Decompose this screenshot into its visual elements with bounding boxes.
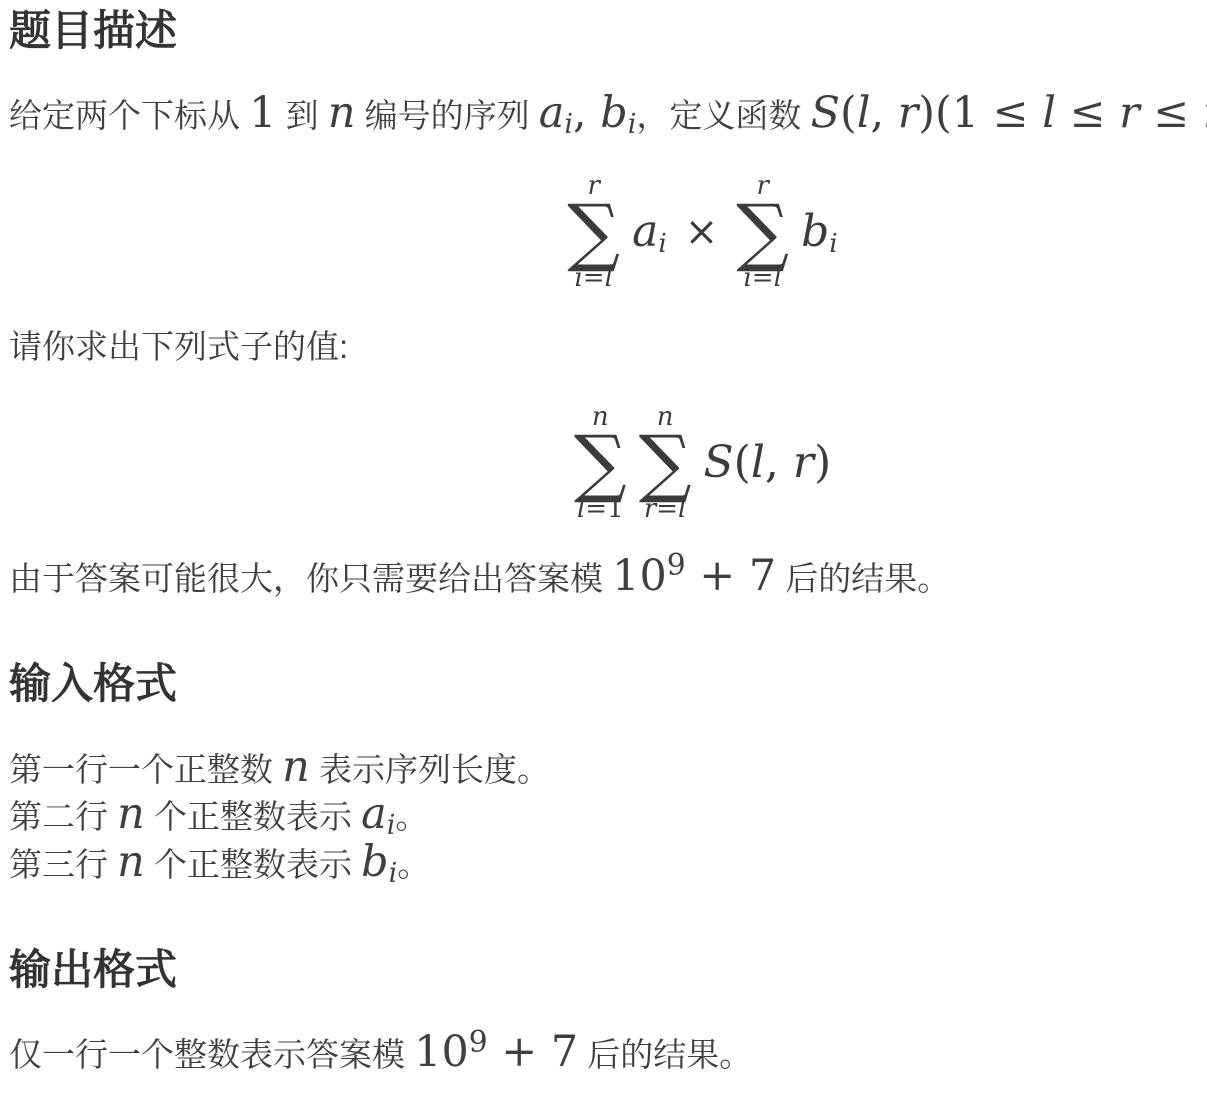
formula-total-sum: n ∑ l=1 n ∑ r=l S(l, r)	[9, 403, 1207, 523]
text-run: r	[644, 494, 656, 524]
times-operator: ×	[685, 212, 719, 252]
text-run: =	[656, 494, 678, 524]
input-line-2: 第二行 n 个正整数表示 ai。	[9, 793, 1207, 841]
text-run: b	[600, 88, 627, 138]
text-run: 个正整数表示	[145, 846, 361, 883]
text-run: 第一行一个正整数	[9, 751, 282, 788]
text-run: 9	[469, 1025, 488, 1060]
input-line-3: 第三行 n 个正整数表示 bi。	[9, 841, 1207, 889]
text-run: i	[658, 228, 666, 259]
text-run: n	[1203, 88, 1207, 138]
text-run: ,	[765, 437, 793, 488]
text-run: r	[793, 437, 814, 488]
text-run: a	[361, 789, 387, 839]
text-run: l	[1042, 88, 1056, 138]
section-heading-output: 输出格式	[9, 945, 1207, 995]
term-a-i: ai	[632, 210, 667, 254]
text-run: a	[632, 206, 658, 257]
text-run: i	[628, 109, 637, 140]
sigma-symbol: ∑	[574, 432, 627, 495]
text-run: )	[814, 437, 831, 488]
sum-lower-limit: l=1	[577, 495, 624, 524]
text-run: 给定两个下标从	[9, 97, 249, 134]
paragraph-input-format: 第一行一个正整数 n 表示序列长度。 第二行 n 个正整数表示 ai。 第三行 …	[9, 746, 1207, 890]
formula-s-definition: r ∑ i=l ai × r ∑ i=l bi	[9, 172, 1207, 292]
sigma-symbol: ∑	[639, 432, 692, 495]
paragraph-definition: 给定两个下标从 1 到 n 编号的序列 ai, bi，定义函数 S(l, r)(…	[9, 92, 1207, 140]
summation-a: r ∑ i=l	[567, 172, 620, 292]
text-run: i	[574, 263, 582, 293]
text-run: 第二行	[9, 798, 117, 835]
text-run: 第三行	[9, 846, 117, 883]
text-run: r	[1119, 88, 1140, 138]
text-run: r	[898, 88, 919, 138]
text-run: S	[704, 437, 734, 488]
text-run: n	[117, 789, 145, 839]
paragraph-ask: 请你求出下列式子的值:	[9, 324, 1207, 371]
text-run: =	[583, 263, 605, 293]
paragraph-output-format: 仅一行一个整数表示答案模 109 + 7 后的结果。	[9, 1031, 1207, 1079]
text-run: 9	[667, 548, 686, 583]
text-run: i	[387, 810, 396, 841]
text-run: a	[539, 88, 565, 138]
text-run: + 7	[686, 551, 777, 601]
text-run: ≤	[1140, 88, 1203, 138]
text-run: (	[734, 437, 751, 488]
text-run: l	[605, 263, 613, 293]
paragraph-modulo-note: 由于答案可能很大，你只需要给出答案模 109 + 7 后的结果。	[9, 555, 1207, 603]
sum-lower-limit: r=l	[644, 495, 687, 524]
input-line-1: 第一行一个正整数 n 表示序列长度。	[9, 746, 1207, 794]
text-run: 后的结果。	[578, 1036, 752, 1073]
text-run: =	[752, 263, 774, 293]
sum-lower-limit: i=l	[743, 264, 781, 293]
text-run: 后的结果。	[776, 560, 950, 597]
text-run: b	[361, 837, 388, 887]
text-run: n	[282, 742, 310, 792]
text-run: (	[840, 88, 857, 138]
text-run: 1	[607, 494, 624, 524]
text-run: 。	[397, 846, 430, 883]
summation-l: n ∑ l=1	[574, 403, 627, 523]
sum-lower-limit: i=l	[574, 264, 612, 293]
sigma-symbol: ∑	[567, 201, 620, 264]
sigma-symbol: ∑	[736, 201, 789, 264]
text-run: ,	[870, 88, 897, 138]
text-run: i	[389, 858, 398, 889]
text-run: l	[678, 494, 686, 524]
text-run: i	[564, 109, 573, 140]
text-run: 个正整数表示	[145, 798, 361, 835]
text-run: 。	[395, 798, 428, 835]
text-run: 1	[952, 88, 979, 138]
text-run: + 7	[488, 1027, 579, 1077]
text-run: i	[743, 263, 751, 293]
text-run: ,	[573, 88, 600, 138]
text-run: 请你求出下列式子的值:	[9, 328, 348, 365]
summation-b: r ∑ i=l	[736, 172, 789, 292]
text-run: i	[829, 228, 837, 259]
text-run: 由于答案可能很大，你只需要给出答案模	[9, 560, 612, 597]
text-run: 10	[414, 1027, 469, 1077]
summation-r: n ∑ r=l	[639, 403, 692, 523]
text-run: 1	[249, 88, 276, 138]
text-run: l	[857, 88, 871, 138]
text-run: 表示序列长度。	[310, 751, 550, 788]
text-run: n	[328, 88, 356, 138]
text-run: 编号的序列	[355, 97, 538, 134]
text-run: =	[585, 494, 607, 524]
text-run: l	[751, 437, 765, 488]
problem-statement: 题目描述 给定两个下标从 1 到 n 编号的序列 ai, bi，定义函数 S(l…	[0, 0, 1207, 1079]
section-heading-input: 输入格式	[9, 659, 1207, 709]
text-run: n	[117, 837, 145, 887]
text-run: b	[801, 206, 829, 257]
section-heading-description: 题目描述	[9, 6, 1207, 56]
text-run: ≤	[979, 88, 1042, 138]
text-run: )(	[918, 88, 951, 138]
text-run: 10	[612, 551, 667, 601]
text-run: S	[811, 88, 840, 138]
text-run: ，定义函数	[636, 97, 810, 134]
text-run: l	[774, 263, 782, 293]
text-run: ≤	[1056, 88, 1119, 138]
text-run: 仅一行一个整数表示答案模	[9, 1036, 414, 1073]
term-b-i: bi	[801, 210, 838, 254]
term-s-l-r: S(l, r)	[704, 441, 832, 485]
text-run: 到	[276, 97, 327, 134]
